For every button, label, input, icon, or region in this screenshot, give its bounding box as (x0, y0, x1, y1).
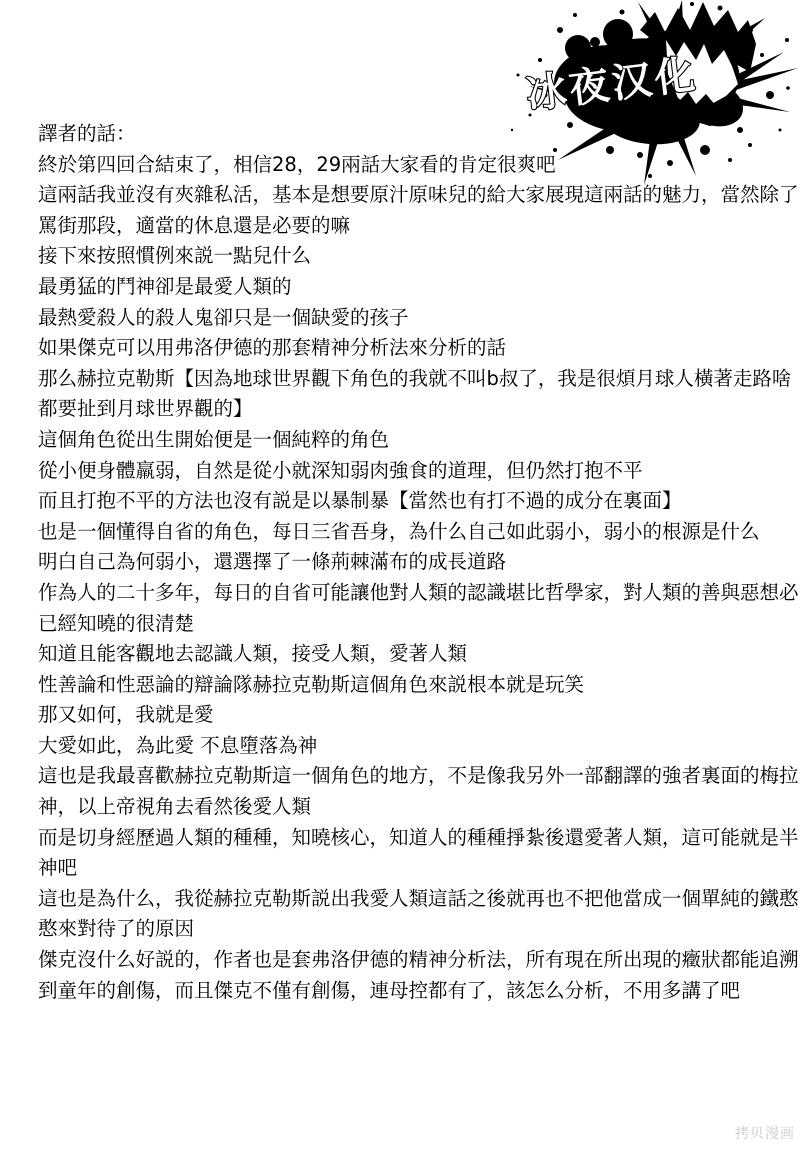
note-line: 也是一個懂得自省的角色，每日三省吾身，為什么自己如此弱小，弱小的根源是什么 (38, 517, 800, 548)
note-line: 傑克沒什么好説的，作者也是套弗洛伊德的精神分析法，所有現在所出現的癥狀都能追溯 (38, 945, 800, 976)
note-line: 這也是我最喜歡赫拉克勒斯這一個角色的地方，不是像我另外一部翻譯的強者裏面的梅拉 (38, 761, 800, 792)
note-line: 如果傑克可以用弗洛伊德的那套精神分析法來分析的話 (38, 333, 800, 364)
note-line: 譯者的話： (38, 119, 800, 150)
note-line: 大愛如此，為此愛 不息墮落為神 (38, 731, 800, 762)
note-line: 從小便身體羸弱，自然是從小就深知弱肉強食的道理，但仍然打抱不平 (38, 456, 800, 487)
note-line: 這個角色從出生開始便是一個純粹的角色 (38, 425, 800, 456)
note-line: 接下來按照慣例來説一點兒什么 (38, 241, 800, 272)
note-line: 神，以上帝視角去看然後愛人類 (38, 792, 800, 823)
note-line: 這也是為什么，我從赫拉克勒斯説出我愛人類這話之後就再也不把他當成一個單純的鐵憨 (38, 884, 800, 915)
note-line: 這兩話我並沒有夾雜私活，基本是想要原汁原味兒的給大家展現這兩話的魅力，當然除了 (38, 180, 800, 211)
note-line: 明白自己為何弱小，還選擇了一條荊棘滿布的成長道路 (38, 547, 800, 578)
note-line: 到童年的創傷，而且傑克不僅有創傷，連母控都有了，該怎么分析，不用多講了吧 (38, 976, 800, 1007)
note-line: 最熱愛殺人的殺人鬼卻只是一個缺愛的孩子 (38, 303, 800, 334)
note-line: 而是切身經歷過人類的種種，知曉核心，知道人的種種掙紮後還愛著人類，這可能就是半 (38, 823, 800, 854)
note-line: 終於第四回合結束了，相信28，29兩話大家看的肯定很爽吧 (38, 150, 800, 181)
note-line: 最勇猛的鬥神卻是最愛人類的 (38, 272, 800, 303)
note-line: 都要扯到月球世界觀的】 (38, 394, 800, 425)
note-line: 而且打抱不平的方法也沒有説是以暴制暴【當然也有打不過的成分在裏面】 (38, 486, 800, 517)
note-line: 性善論和性惡論的辯論隊赫拉克勒斯這個角色來説根本就是玩笑 (38, 670, 800, 701)
note-line: 那又如何，我就是愛 (38, 700, 800, 731)
site-watermark: 拷贝漫画 (735, 1123, 795, 1143)
note-line: 神吧 (38, 853, 800, 884)
translator-note: 譯者的話：終於第四回合結束了，相信28，29兩話大家看的肯定很爽吧這兩話我並沒有… (38, 119, 800, 1006)
note-line: 作為人的二十多年，每日的自省可能讓他對人類的認識堪比哲學家，對人類的善與惡想必 (38, 578, 800, 609)
note-line: 知道且能客觀地去認識人類，接受人類，愛著人類 (38, 639, 800, 670)
note-line: 憨來對待了的原因 (38, 914, 800, 945)
note-line: 那么赫拉克勒斯【因為地球世界觀下角色的我就不叫b叔了，我是很煩月球人橫著走路啥 (38, 364, 800, 395)
note-line: 已經知曉的很清楚 (38, 609, 800, 640)
note-line: 罵街那段，適當的休息還是必要的嘛 (38, 211, 800, 242)
